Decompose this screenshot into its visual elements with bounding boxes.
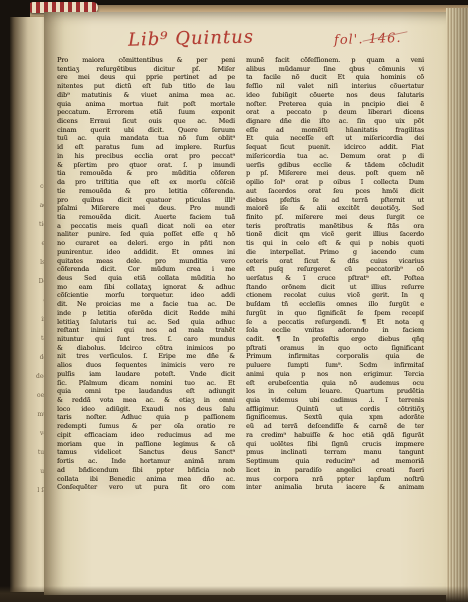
text-line: pſalmi Miſerere mei deus. Pro mundi	[57, 204, 235, 213]
text-line: opilio ſol⁹ orat p oibus ĩ collecta Dum	[246, 178, 424, 187]
text-block: Pro maiora cõmittentibus & per penitenti…	[57, 56, 429, 506]
text-line: buſdam tñ eccleſiis omnes illo ſurgũt e	[246, 300, 424, 309]
text-line: tia remouẽda dicit. Auerte faciem tuã	[57, 213, 235, 222]
fore-edge-pages	[446, 8, 468, 602]
text-line: ta facile nõ ducit Et quia hominis cõ	[246, 73, 424, 82]
text-line: miſericordia tua ac. Demum orat p di	[246, 152, 424, 161]
text-line: taris noſter. Adhuc quia p paſſionem	[57, 413, 235, 422]
text-line: ſurgũt in quo ſignificãt ſe ſpem recepiſ	[246, 309, 424, 318]
text-line: alios duos ſequentes inimicis vero re	[57, 361, 235, 370]
text-line: licet in paradiſo angelici creati fueri	[246, 466, 424, 475]
text-line: & pſertim pro qtuor orat. ſ. p imundi	[57, 161, 235, 170]
text-line: inter animalia bruta iacere & animam	[246, 483, 424, 492]
text-line: peccatum. Errorem etiã ſuum exponit	[57, 108, 235, 117]
text-line: nituntur qui ſunt tres. ſ. caro mundus	[57, 335, 235, 344]
text-line: uerſatus & ĩ cruce pſtrat⁹ eſt. Poſtea	[246, 274, 424, 283]
text-line: tamus videlicet Sanctus deus Sanct⁹	[57, 448, 235, 457]
text-line: qui uolẽtes ſibi ſignũ crucis impmere	[246, 440, 424, 449]
text-line: ſola ecclie vnitas adorando in faciem	[246, 326, 424, 335]
text-line: pro quibus dicit quatuor pticulas illi⁹	[57, 196, 235, 205]
text-line: cinam querit ubi dicit. Quere ſeruum	[57, 126, 235, 135]
text-line: orat a peccato p deum liberari dicens	[246, 108, 424, 117]
text-line: tionẽ dicit qm vicẽ gerit illius ſacerdo	[246, 230, 424, 239]
text-line: pmus inclinati terram manu tangunt	[246, 448, 424, 457]
text-line: cõſcientie morſu torquetur. ideo addi	[57, 291, 235, 300]
text-line: redempti ſumus & per oĩa oratio re	[57, 422, 235, 431]
text-line: mus corpora nrã ppter lapſum noſtrũ	[246, 475, 424, 484]
text-line: feſſio nil valet niſi interius cõuertatu…	[246, 82, 424, 91]
text-line: cõferenda dicit. Cor mũdum crea i me	[57, 265, 235, 274]
text-line: dignare dñe die iſto ac. ſin quo uix põt	[246, 117, 424, 126]
text-line: nitentes put dictũ eſt ſub titlo de lau	[57, 82, 235, 91]
text-line: Conſequẽter vero ut pura ſit oro com	[57, 483, 235, 492]
text-line: eſt erubeſcentia quia nõ audemus ocu	[246, 379, 424, 388]
text-line: ad bñdicendum ſibi ppter bñficia nob	[57, 466, 235, 475]
page-header: Lib⁹ Quintus fol'. 146.	[44, 26, 448, 56]
text-line: munẽ facit cõfeſſionem. p quam a veni	[246, 56, 424, 65]
text-line: letitiaʒ ſalutaris tui ac. Sed quia adhu…	[57, 318, 235, 327]
text-line: naliter punire. ſed quia poſſet eſſe q h…	[57, 230, 235, 239]
text-line: maiorẽ iſe & alii excitẽt deuotiõʒ. Sed	[246, 204, 424, 213]
text-line: id eſt paratus ſum ad implere. Rurſus	[57, 143, 235, 152]
text-line: Et quia neceſſe eſt ut miſericordia dei	[246, 134, 424, 143]
text-line: quitates meas dele. pro munditia vero	[57, 257, 235, 266]
text-line: eſt puſq reſurgeret cũ peccatorib⁹ cõ	[246, 265, 424, 274]
running-title: Lib⁹ Quintus	[128, 26, 254, 50]
text-line: ſtando orõnem dicit ut illius reſurre	[246, 283, 424, 292]
text-line: da pro triſtitia que eſt ex morſu cõſciẽ	[57, 178, 235, 187]
text-line: diebus pfeſtis ſe ad terrã pſternit ut	[246, 196, 424, 205]
text-line: mo eam ſibi collataʒ ignorat & adhuc	[57, 283, 235, 292]
text-line: noſter. Preterea quia in pncipio diei ẽ	[246, 100, 424, 109]
text-line: inde p letitia oferẽda dicit Redde mihi	[57, 309, 235, 318]
text-column-left: Pro maiora cõmittentibus & per penitenti…	[57, 56, 235, 494]
text-line: Primum infirmitas corporalis quia de	[246, 352, 424, 361]
text-line: dib⁹ matutinis & viuet anima mea ac.	[57, 91, 235, 100]
text-line: los in celum leuare. Quartum prudẽtia	[246, 387, 424, 396]
text-line: dit. Ne proicias me a facie tua ac. De	[57, 300, 235, 309]
book-photo: ceadtiõeils.Deointãdẽdeooermuvetururl ſa…	[0, 0, 468, 602]
text-line: tentiaʒ reſurgẽtibus dicitur pſ. Miſer	[57, 65, 235, 74]
text-line: punirentur. ideo addidit. Et omnes ini	[57, 248, 235, 257]
text-line: eũ ad terrã deſcendiſſe & carnẽ de ter	[246, 422, 424, 431]
text-line: teris proſtratis manẽtibus & ſtãs ora	[246, 222, 424, 231]
text-line: ideo ſubiũgit cõuerte nos deus ſalutaris	[246, 91, 424, 100]
text-line: pulſis iam laudare poteſt. Vnde dicit	[57, 370, 235, 379]
text-line: dicens Erraui ſicut ouis que ac. Medi	[57, 117, 235, 126]
text-line: reſtant inimici qui nos ad mala trahẽt	[57, 326, 235, 335]
text-line: Septimum quia reducim⁹ ad memoriã	[246, 457, 424, 466]
main-page: Lib⁹ Quintus fol'. 146. Pro maiora cõmit…	[44, 12, 448, 595]
text-line: ra credim⁹ habuiſſe & hoc etiã qdã figur…	[246, 431, 424, 440]
text-column-right: munẽ facit cõfeſſionem. p quam a veniali…	[246, 56, 424, 494]
text-line: puluere ſumpti ſum⁹. Scdm infirmitaſ	[246, 361, 424, 370]
text-line: moriam que in paſſione legimus & cã	[57, 440, 235, 449]
text-line: alibus mũdamur ſine qbus cõmunis vi	[246, 65, 424, 74]
text-line: ſic. Pſalmum dicam nomini tuo ac. Et	[57, 379, 235, 388]
text-line: quia videmus ubi cadimus .i. ĩ terrenis	[246, 396, 424, 405]
bottom-edge-shadow	[0, 586, 468, 602]
text-line: a peccatis meis quaſi dicat noli ea eter	[57, 222, 235, 231]
text-line: cipit efficaciam ideo reducimus ad me	[57, 431, 235, 440]
text-line: deus Sed quia etiã collata mũditia ho	[57, 274, 235, 283]
text-line: animi quia p nos non erigimur. Tercia	[246, 370, 424, 379]
text-line: pſtrati oramus in quo octo ſignificant	[246, 344, 424, 353]
text-line: cadit. ¶ In profeſtis ergo diebus qñq	[246, 335, 424, 344]
text-line: collata ibi Benedic anima mea dño ac.	[57, 475, 235, 484]
text-line: fortis ac. Inde hortamur animã nram	[57, 457, 235, 466]
text-line: uerſis gdibus ecclie & tãdem cõcludit	[246, 161, 424, 170]
text-line: tie remouẽda & pro letitia cõferenda.	[57, 187, 235, 196]
text-line: & reddã vota mea ac. & etiaʒ in omni	[57, 396, 235, 405]
text-line: tis qui in celo eſt & qui p nobis quoti	[246, 239, 424, 248]
text-line: & diabolus. Idcirco cõtra inimicos po	[57, 344, 235, 353]
text-line: eſſe ad momẽtũ hũanitatis fragilitas	[246, 126, 424, 135]
text-line: tia remouẽda & pro mũditia cõferen	[57, 169, 235, 178]
text-line: no curaret ea deleri. ergo in pñti non	[57, 239, 235, 248]
text-line: ceteris orat ſicut & dñs cuius vicarius	[246, 257, 424, 266]
text-line: in his precibus ecclia orat pro peccat⁹	[57, 152, 235, 161]
text-line: ſequat ſicut puenit. idcirco addit. Fiat	[246, 143, 424, 152]
text-line: aut ſacerdos orat ſeu pces hmõi dicit	[246, 187, 424, 196]
text-line: ſignificemus. Sextũ quia xpm adorãte	[246, 413, 424, 422]
text-line: ctionem recolat cuius vicẽ gerit. In q	[246, 291, 424, 300]
text-line: die interpellat. Primo g iacendo cum	[246, 248, 424, 257]
text-line: p pſ. Miſerere mei deus. poſt quem nẽ	[246, 169, 424, 178]
text-line: Pro maiora cõmittentibus & per peni	[57, 56, 235, 65]
text-line: loco ideo adiũgit. Exaudi nos deus ſalu	[57, 405, 235, 414]
text-line: ſe a peccatis reſurgendi. ¶ Et nota q	[246, 318, 424, 327]
text-line: affligimur. Quintũ ut cordis cõtritiõʒ	[246, 405, 424, 414]
text-line: ere mei deus qui pprie pertinet ad pe	[57, 73, 235, 82]
text-line: quia omni tpe laudandus eſt adiungit	[57, 387, 235, 396]
text-line: nit tres verſiculos. ſ. Eripe me dñe &	[57, 352, 235, 361]
text-line: tuũ ac. quia mandata tua nõ ſum oblit⁹	[57, 134, 235, 143]
text-line: quia anima mortua fuit poſt mortale	[57, 100, 235, 109]
text-line: finito pſ. miſerere mei deus ſurgit ce	[246, 213, 424, 222]
